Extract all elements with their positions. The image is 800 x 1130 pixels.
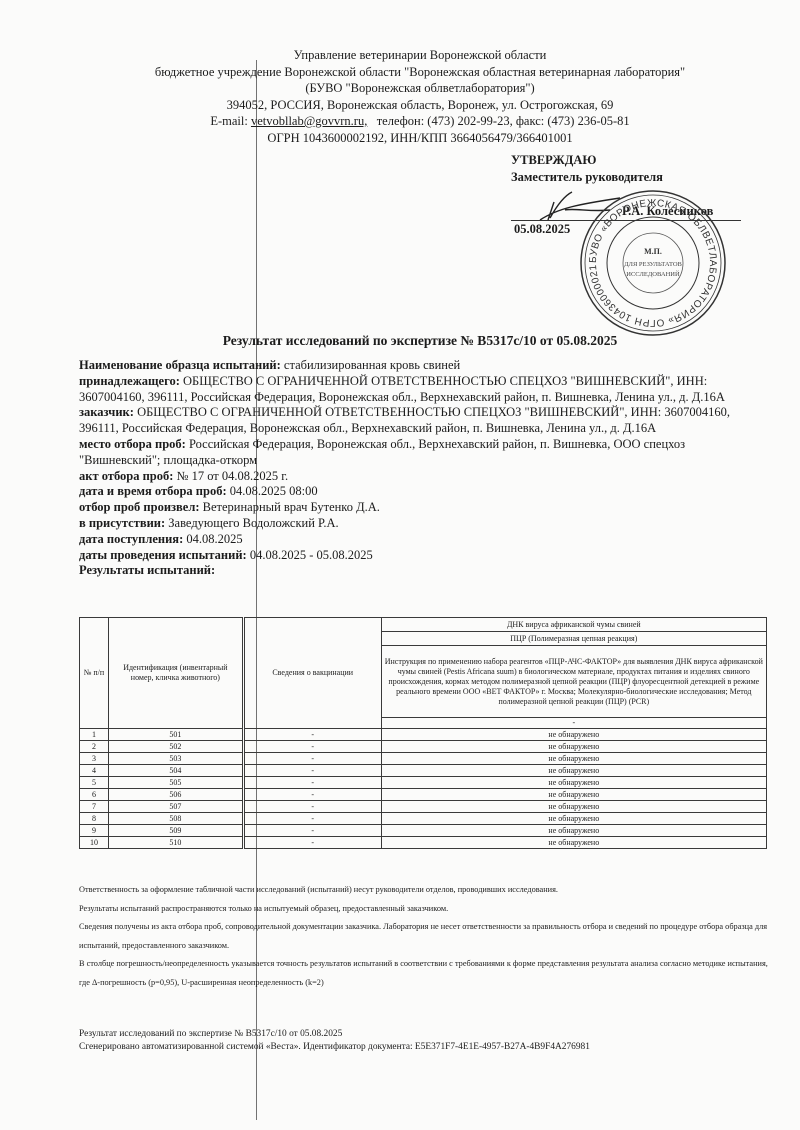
info-sampling-place: место отбора проб: Российская Федерация,… [79,437,769,469]
table-row: 1501-не обнаружено [80,729,767,741]
info-sampling-datetime: дата и время отбора проб: 04.08.2025 08:… [79,484,769,500]
footnote: Сведения получены из акта отбора проб, с… [79,918,779,955]
footnote: В столбце погрешность/неопределенность у… [79,955,779,992]
approver-position: Заместитель руководителя [511,169,663,186]
info-test-dates: даты проведения испытаний: 04.08.2025 - … [79,548,769,564]
table-row: 4504-не обнаружено [80,765,767,777]
document-title: Результат исследований по экспертизе № B… [80,333,760,349]
letterhead: Управление ветеринарии Воронежской облас… [120,47,720,146]
table-row: 8508-не обнаружено [80,813,767,825]
svg-text:БУВО «ВОРОНЕЖСКАЯ ОБЛВЕТЛАБОРА: БУВО «ВОРОНЕЖСКАЯ ОБЛВЕТЛАБОРАТОРИЯ» ОГР… [578,188,718,328]
header-indicator-group: ДНК вируса африканской чумы свиней [381,618,766,632]
svg-text:ИССЛЕДОВАНИЙ: ИССЛЕДОВАНИЙ [626,270,680,278]
svg-text:ДЛЯ РЕЗУЛЬТАТОВ: ДЛЯ РЕЗУЛЬТАТОВ [624,261,682,268]
approval-title: УТВЕРЖДАЮ [511,152,663,169]
footnote: Результаты испытаний распространяются то… [79,900,779,919]
table-row: 5505-не обнаружено [80,777,767,789]
info-customer: заказчик: ОБЩЕСТВО С ОГРАНИЧЕННОЙ ОТВЕТС… [79,405,769,437]
table-row: 6506-не обнаружено [80,789,767,801]
info-results-heading: Результаты испытаний: [79,563,769,579]
table-row: 2502-не обнаружено [80,741,767,753]
email-link[interactable]: vetvobllab@govvrn.ru, [251,114,367,128]
table-row: 10510-не обнаружено [80,837,767,849]
info-owner: принадлежащего: ОБЩЕСТВО С ОГРАНИЧЕННОЙ … [79,374,769,406]
header-unit: - [381,717,766,728]
agency-name: Управление ветеринарии Воронежской облас… [120,47,720,64]
seal-stamp-icon: БУВО «ВОРОНЕЖСКАЯ ОБЛВЕТЛАБОРАТОРИЯ» ОГР… [578,188,728,338]
approval-block: УТВЕРЖДАЮ Заместитель руководителя [511,152,663,186]
header-vaccination: Сведения о вакцинации [243,618,381,729]
header-method-full: Инструкция по применению набора реагенто… [381,646,766,718]
info-received-date: дата поступления: 04.08.2025 [79,532,769,548]
table-row: 3503-не обнаружено [80,753,767,765]
info-sampling-act: акт отбора проб: № 17 от 04.08.2025 г. [79,469,769,485]
table-row: 9509-не обнаружено [80,825,767,837]
sample-info: Наименование образца испытаний: стабилиз… [79,358,769,579]
svg-text:М.П.: М.П. [644,247,662,256]
approval-date: 05.08.2025 [514,222,570,237]
registration-numbers: ОГРН 1043600002192, ИНН/КПП 3664056479/3… [120,130,720,147]
email-label: E-mail: [210,114,248,128]
footnote: Ответственность за оформление табличной … [79,881,779,900]
header-method-short: ПЦР (Полимеразная цепная реакция) [381,632,766,646]
contact-line: E-mail: vetvobllab@govvrn.ru, телефон: (… [120,113,720,130]
header-num: № п/п [80,618,109,729]
footer-generated: Сгенерировано автоматизированной системо… [79,1041,590,1054]
table-row: 7507-не обнаружено [80,801,767,813]
info-present: в присутствии: Заведующего Водоложский Р… [79,516,769,532]
lab-short-name: (БУВО "Воронежская облветлаборатория") [120,80,720,97]
document-footer: Результат исследований по экспертизе № B… [79,1028,590,1053]
info-sample-name: Наименование образца испытаний: стабилиз… [79,358,769,374]
header-identification: Идентификация (инвентарный номер, кличка… [108,618,243,729]
phone-fax: телефон: (473) 202-99-23, факс: (473) 23… [377,114,630,128]
results-table: № п/п Идентификация (инвентарный номер, … [79,617,767,849]
lab-full-name: бюджетное учреждение Воронежской области… [120,64,720,81]
footer-title: Результат исследований по экспертизе № B… [79,1028,590,1041]
footnotes: Ответственность за оформление табличной … [79,881,779,992]
info-sampler: отбор проб произвел: Ветеринарный врач Б… [79,500,769,516]
lab-address: 394052, РОССИЯ, Воронежская область, Вор… [120,97,720,114]
